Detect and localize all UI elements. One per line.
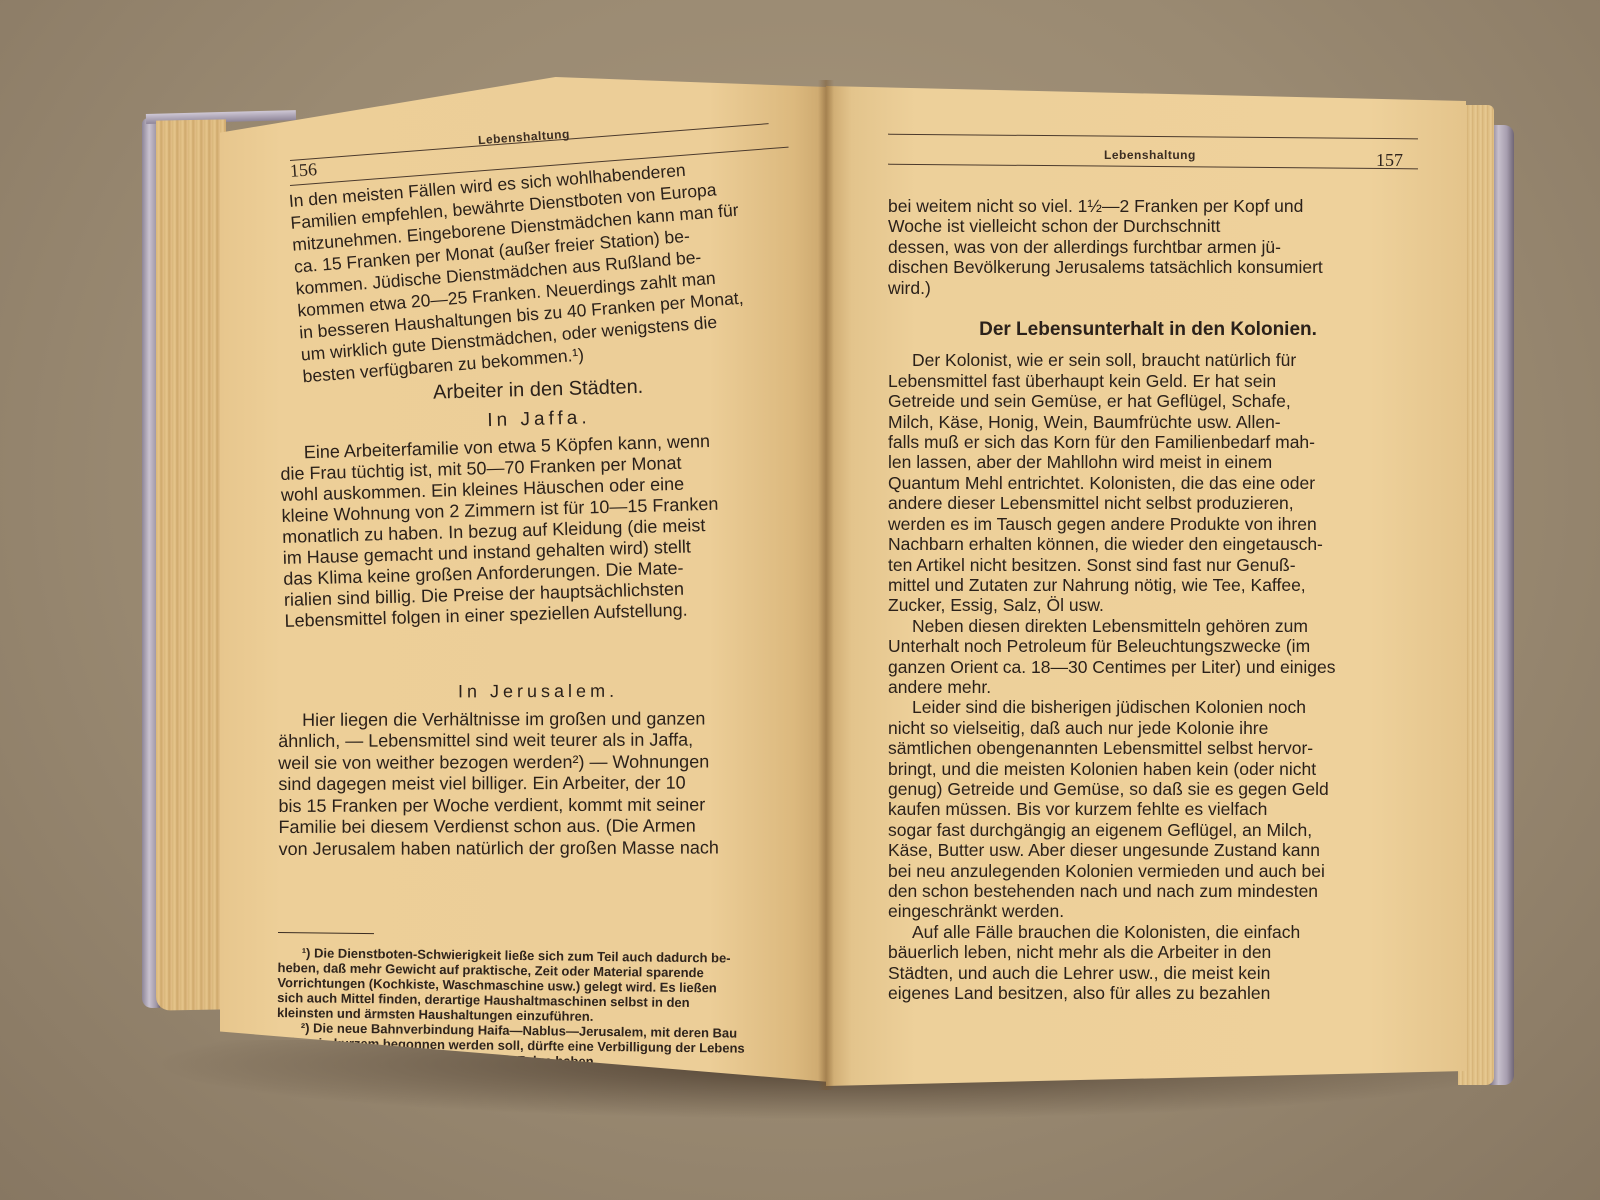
- text-line: eingeschränkt werden.: [888, 901, 1408, 921]
- subsection-heading-jerusalem: In Jerusalem.: [278, 680, 798, 703]
- text-line: bei neu anzulegenden Kolonien vermieden …: [888, 861, 1408, 881]
- footnote-1: ¹) Die Dienstboten-Schwierigkeit ließe s…: [277, 945, 798, 1026]
- text-line: dessen, was von der allerdings furchtbar…: [888, 237, 1408, 257]
- text-line: bäuerlich leben, nicht mehr als die Arbe…: [888, 942, 1408, 962]
- text-line: Käse, Butter usw. Aber dieser ungesunde …: [888, 840, 1408, 860]
- text-line: wird.): [888, 278, 1408, 298]
- text-line: weil sie von weither bezogen werden²) — …: [278, 751, 798, 774]
- text-line: sind dagegen meist viel billiger. Ein Ar…: [278, 772, 798, 795]
- text-line: bringt, und die meisten Kolonien haben k…: [888, 759, 1408, 779]
- text-line: Milch, Käse, Honig, Wein, Baumfrüchte us…: [888, 412, 1408, 432]
- text-line: ganzen Orient ca. 18—30 Centimes per Lit…: [888, 657, 1408, 677]
- text-line: kaufen müssen. Bis vor kurzem fehlte es …: [888, 799, 1408, 819]
- text-line: Hier liegen die Verhältnisse im großen u…: [278, 708, 798, 731]
- text-line: len lassen, aber der Mahllohn wird meist…: [888, 452, 1408, 472]
- text-line: von Jerusalem haben natürlich der großen…: [279, 837, 799, 860]
- text-line: Städten, und auch die Lehrer usw., die m…: [888, 963, 1408, 983]
- text-line: Woche ist vielleicht schon der Durchschn…: [888, 216, 1408, 236]
- text-line: bis 15 Franken per Woche verdient, kommt…: [278, 794, 798, 817]
- text-line: Familie bei diesem Verdienst schon aus. …: [278, 815, 798, 838]
- cities-section: Arbeiter in den Städten. In Jaffa. Eine …: [278, 372, 805, 631]
- text-line: werden es im Tausch gegen andere Produkt…: [888, 514, 1408, 534]
- text-line: sämtlichen obengenannten Lebensmittel se…: [888, 738, 1408, 758]
- footnote-rule: [278, 932, 374, 934]
- text-line: Nachbarn erhalten können, die wieder den…: [888, 534, 1408, 554]
- text-line: andere mehr.: [888, 677, 1408, 697]
- text-line: Leider sind die bisherigen jüdischen Kol…: [888, 697, 1408, 717]
- running-head: Lebenshaltung: [478, 127, 571, 147]
- text-line: mittel und Zutaten zur Nahrung nötig, wi…: [888, 575, 1408, 595]
- text-line: ten Artikel nicht besitzen. Sonst sind f…: [888, 555, 1408, 575]
- text-line: Auf alle Fälle brauchen die Kolonisten, …: [888, 922, 1408, 942]
- text-line: dischen Bevölkerung Jerusalems tatsächli…: [888, 257, 1408, 277]
- text-line: genug) Getreide und Gemüse, so daß sie e…: [888, 779, 1408, 799]
- intro-paragraph: In den meisten Fällen wird es sich wohlh…: [288, 151, 802, 388]
- text-line: nicht so vielseitig, daß auch nur jede K…: [888, 718, 1408, 738]
- left-page: Lebenshaltung 156 In den meisten Fällen …: [220, 72, 830, 1082]
- running-head-rule-bottom: [888, 164, 1418, 170]
- text-line: Getreide und sein Gemüse, er hat Geflüge…: [888, 391, 1408, 411]
- running-head: Lebenshaltung: [1104, 148, 1196, 162]
- text-line: Quantum Mehl entrichtet. Kolonisten, die…: [888, 473, 1408, 493]
- text-line: sogar fast durchgängig an eigenem Geflüg…: [888, 820, 1408, 840]
- text-line: eigenes Land besitzen, also für alles zu…: [888, 983, 1408, 1003]
- right-page: Lebenshaltung 157 bei weitem nicht so vi…: [826, 86, 1466, 1086]
- text-line: Der Kolonist, wie er sein soll, braucht …: [888, 350, 1408, 370]
- page-number: 156: [289, 159, 317, 182]
- page-stack-left: [156, 119, 226, 1010]
- text-line: bei weitem nicht so viel. 1½—2 Franken p…: [888, 196, 1408, 216]
- text-line: Zucker, Essig, Salz, Öl usw.: [888, 595, 1408, 615]
- text-line: Lebensmittel fast überhaupt kein Geld. E…: [888, 371, 1408, 391]
- text-line: ähnlich, — Lebensmittel sind weit teurer…: [278, 729, 798, 752]
- right-page-body: bei weitem nicht so viel. 1½—2 Franken p…: [888, 196, 1408, 1003]
- text-line: den schon bestehenden nach und nach zum …: [888, 881, 1408, 901]
- book-gutter: [818, 80, 834, 1090]
- running-head-rule-top: [888, 134, 1418, 140]
- jerusalem-section: In Jerusalem. Hier liegen die Verhältnis…: [278, 680, 799, 860]
- text-line: Unterhalt noch Petroleum für Beleuchtung…: [888, 636, 1408, 656]
- text-line: andere dieser Lebensmittel nicht selbst …: [888, 493, 1408, 513]
- section-heading: Der Lebensunterhalt in den Kolonien.: [888, 320, 1408, 340]
- text-line: falls muß er sich das Korn für den Famil…: [888, 432, 1408, 452]
- text-line: Neben diesen direkten Lebensmitteln gehö…: [888, 616, 1408, 636]
